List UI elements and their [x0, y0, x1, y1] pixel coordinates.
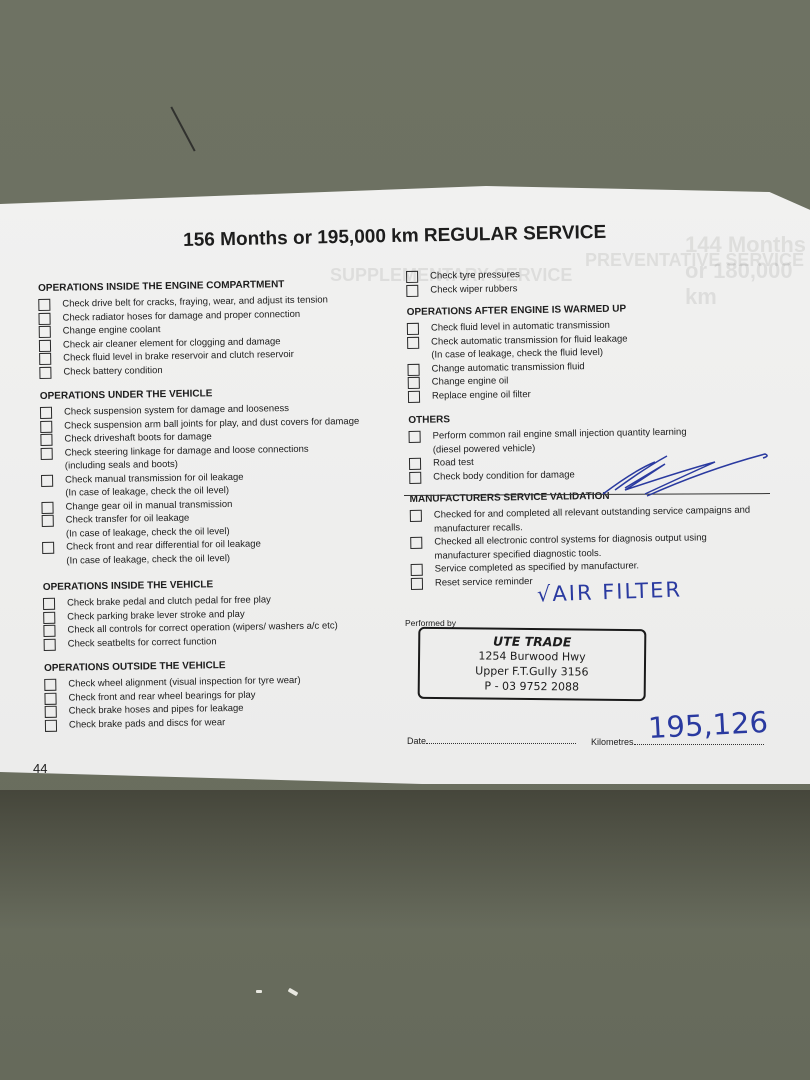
- checkbox[interactable]: [408, 390, 420, 402]
- checkbox[interactable]: [408, 377, 420, 389]
- section-heading: OTHERS: [408, 410, 748, 426]
- checklist-item-label: Check brake pads and discs for wear: [69, 716, 226, 732]
- table-scratch: [170, 106, 195, 151]
- checkbox[interactable]: [406, 271, 418, 283]
- checkbox[interactable]: [41, 474, 53, 486]
- page-number: 44: [33, 761, 47, 776]
- checkbox[interactable]: [39, 326, 51, 338]
- handwritten-note: √AIR FILTER: [537, 577, 683, 606]
- checklist-item-label: Change engine oil: [432, 374, 509, 389]
- checkbox[interactable]: [409, 458, 421, 470]
- checklist-item-label: Change automatic transmission fluid: [431, 360, 584, 376]
- checklist-item-label: Check tyre pressures: [430, 268, 520, 283]
- checkbox[interactable]: [41, 447, 53, 459]
- checkbox[interactable]: [41, 501, 53, 513]
- kilometres-label: Kilometres: [591, 737, 634, 747]
- checkbox[interactable]: [43, 598, 55, 610]
- checklist-item-label: Road test: [433, 456, 474, 470]
- date-label: Date: [407, 736, 426, 746]
- checkbox[interactable]: [409, 431, 421, 443]
- checkbox[interactable]: [411, 564, 423, 576]
- section-heading: OPERATIONS AFTER ENGINE IS WARMED UP: [407, 302, 747, 318]
- dealer-stamp: UTE TRADE 1254 Burwood Hwy Upper F.T.Gul…: [418, 627, 647, 701]
- checkbox[interactable]: [39, 339, 51, 351]
- checkbox[interactable]: [38, 312, 50, 324]
- section-heading: OPERATIONS UNDER THE VEHICLE: [40, 386, 359, 402]
- checklist-item-label: Check transfer for oil leakage: [66, 512, 190, 527]
- right-column: Check tyre pressuresCheck wiper rubbersO…: [406, 265, 751, 590]
- checkbox[interactable]: [40, 407, 52, 419]
- kilometres-value: 195,126: [647, 705, 769, 745]
- checkbox[interactable]: [407, 363, 419, 375]
- signature-scribble: [595, 450, 775, 500]
- checkbox[interactable]: [44, 679, 56, 691]
- date-field[interactable]: Date: [407, 736, 576, 746]
- checkbox[interactable]: [39, 366, 51, 378]
- checklist-item-label: Change gear oil in manual transmission: [65, 497, 232, 513]
- checkbox[interactable]: [39, 353, 51, 365]
- checklist-item-label: Check wiper rubbers: [430, 282, 517, 297]
- left-column: OPERATIONS INSIDE THE ENGINE COMPARTMENT…: [38, 278, 364, 732]
- checklist-item-label: Check seatbelts for correct function: [68, 635, 217, 651]
- checkbox[interactable]: [44, 638, 56, 650]
- section-heading: OPERATIONS OUTSIDE THE VEHICLE: [44, 658, 363, 674]
- checklist-section: MANUFACTURERS SERVICE VALIDATIONChecked …: [410, 489, 752, 590]
- checkbox[interactable]: [406, 284, 418, 296]
- checkbox[interactable]: [43, 625, 55, 637]
- stamp-phone: P - 03 9752 2088: [420, 678, 644, 695]
- checklist-section: OPERATIONS AFTER ENGINE IS WARMED UPChec…: [407, 302, 749, 403]
- page-shadow: [0, 790, 810, 930]
- checkbox[interactable]: [44, 692, 56, 704]
- checklist-item-label: Check battery condition: [63, 364, 162, 379]
- checklist-section: OPERATIONS INSIDE THE ENGINE COMPARTMENT…: [38, 278, 358, 379]
- checkbox[interactable]: [45, 719, 57, 731]
- checklist-section: OPERATIONS INSIDE THE VEHICLECheck brake…: [43, 577, 363, 651]
- checklist-item-label: Check body condition for damage: [433, 468, 575, 484]
- checklist-section: OPERATIONS OUTSIDE THE VEHICLECheck whee…: [44, 658, 364, 732]
- checkbox[interactable]: [409, 471, 421, 483]
- checklist-section: Check tyre pressuresCheck wiper rubbers: [406, 265, 747, 297]
- checkbox[interactable]: [45, 706, 57, 718]
- checkbox[interactable]: [42, 542, 54, 554]
- checkbox[interactable]: [410, 510, 422, 522]
- date-value: [426, 743, 576, 744]
- checkbox[interactable]: [42, 515, 54, 527]
- checkbox[interactable]: [411, 577, 423, 589]
- checklist-section: OPERATIONS UNDER THE VEHICLECheck suspen…: [40, 386, 362, 568]
- checklist-item-label: Replace engine oil filter: [432, 388, 531, 403]
- checkbox[interactable]: [407, 336, 419, 348]
- checkbox[interactable]: [407, 323, 419, 335]
- checkbox[interactable]: [40, 420, 52, 432]
- table-speck: [256, 990, 262, 993]
- section-heading: OPERATIONS INSIDE THE VEHICLE: [43, 577, 362, 593]
- checkbox[interactable]: [43, 611, 55, 623]
- checkbox[interactable]: [38, 299, 50, 311]
- checkbox[interactable]: [410, 537, 422, 549]
- table-speck: [288, 988, 299, 996]
- checkbox[interactable]: [40, 434, 52, 446]
- checklist-item-label: Reset service reminder: [435, 575, 533, 590]
